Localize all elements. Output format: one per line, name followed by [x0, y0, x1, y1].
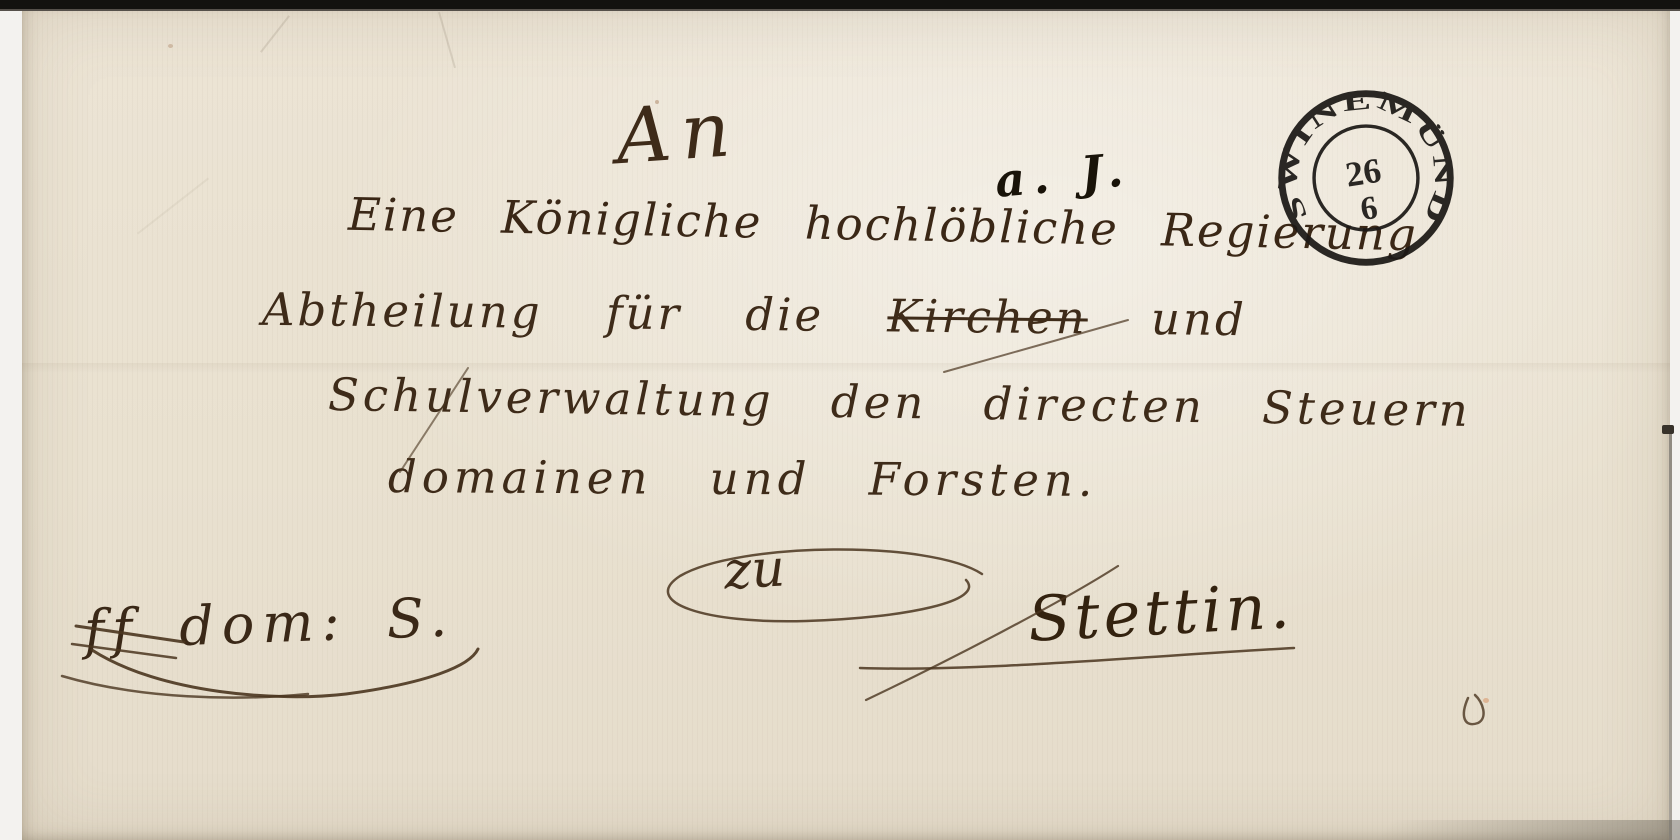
paper-edge-notch [1662, 425, 1674, 434]
clerk-notation-bottom-left: ff dom: S. [83, 586, 456, 662]
horizontal-fold-shadow [22, 363, 1670, 373]
address-destination: Stettin. [1026, 569, 1295, 656]
ink-speck [1483, 698, 1489, 703]
ink-speck [168, 44, 173, 48]
paper-crease [260, 15, 290, 52]
scan-top-edge [0, 0, 1680, 13]
postmark-stamp: SWINEMÜNDE 26 6 [1268, 80, 1464, 276]
paper-crease [438, 12, 456, 68]
address-salutation: An [613, 84, 743, 181]
address-line-2-prefix: Abtheilung für die [262, 283, 888, 343]
bottom-right-corner-shadow [1260, 820, 1680, 840]
scanned-letter-cover: An a. J. Eine Königliche hochlöbliche Re… [0, 0, 1680, 840]
address-line-2-suffix: und [1087, 291, 1247, 346]
paper-crease [137, 178, 209, 235]
address-line-2: Abtheilung für die Kirchen und [262, 283, 1247, 346]
postmark-month: 6 [1358, 189, 1380, 228]
address-preposition: zu [722, 538, 786, 601]
paper-right-edge-shadow [1669, 425, 1672, 840]
struck-word: Kirchen [887, 289, 1088, 344]
postmark-day: 26 [1343, 151, 1384, 195]
address-line-4: domainen und Forsten. [388, 450, 1098, 507]
